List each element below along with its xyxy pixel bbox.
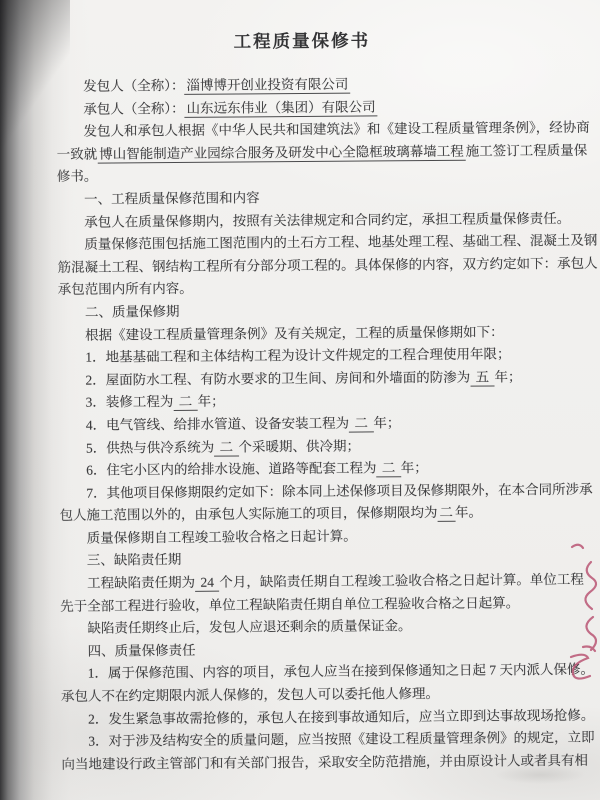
text-segment: 年； bbox=[494, 369, 521, 384]
text-segment: 质量保修范围包括施工图范围内的土石方工程、地基处理工程、基础工程、混凝土及钢 bbox=[84, 233, 597, 252]
underlined-fill-in: 24 bbox=[195, 575, 219, 592]
text-segment: 向当地建设行政主管部门和有关部门报告，采取安全防范措施，并由原设计人或者具有相 bbox=[61, 753, 588, 772]
document-body: 发包人（全称）：淄博博开创业投资有限公司承包人（全称）：山东远东伟业（集团）有限… bbox=[56, 72, 561, 776]
text-segment: 6．住宅小区内的给排水设施、道路等配套工程为 bbox=[86, 460, 376, 477]
text-segment: 承包人不在约定期限内派人保修的，发包人可以委托他人修理。 bbox=[61, 686, 439, 704]
underlined-fill-in: 二 bbox=[437, 505, 455, 522]
text-segment: 承包范围内所有内容。 bbox=[58, 281, 193, 297]
text-segment: 年； bbox=[401, 460, 428, 475]
text-segment: 根据《建设工程质量管理条例》及有关规定，工程的质量保修期如下： bbox=[85, 324, 504, 342]
text-segment: 3．对于涉及结构安全的质量问题，应当按照《建设工程质量管理条例》的规定，立即 bbox=[88, 730, 594, 749]
text-segment: 2．屋面防水工程、有防水要求的卫生间、房间和外墙面的防渗为 bbox=[85, 369, 470, 387]
text-segment: 1．地基基础工程和主体结构工程为设计文件规定的工程合理使用年限； bbox=[85, 346, 510, 364]
text-segment: 1．属于保修范围、内容的项目，承包人应当在接到保修通知之日起 7 天内派人保修。 bbox=[88, 662, 594, 681]
scanned-document: { "page": { "background_color": "#f2f1ef… bbox=[0, 0, 600, 800]
text-segment: 年。 bbox=[455, 505, 482, 520]
underlined-fill-in: 山东远东伟业（集团）有限公司 bbox=[185, 99, 378, 118]
underlined-fill-in: 二 bbox=[173, 394, 197, 411]
text-segment: 工程缺陷责任期为 bbox=[87, 575, 195, 591]
text-segment: 缺陷责任期终止后，发包人应退还剩余的质量保证金。 bbox=[87, 618, 411, 636]
text-segment: 施工签订工程质量保 bbox=[466, 143, 588, 159]
document-line: 2．屋面防水工程、有防水要求的卫生间、房间和外墙面的防渗为 五 年； bbox=[58, 366, 558, 393]
text-segment: 发包人和承包人根据《中华人民共和国建筑法》和《建设工程质量管理条例》，经协商 bbox=[83, 120, 589, 139]
text-segment: 5．供热与供冷系统为 bbox=[86, 439, 214, 455]
text-segment: 先于全部工程进行验收，单位工程缺陷责任期自单位工程验收合格之日起算。 bbox=[60, 595, 519, 614]
text-segment: 7．其他项目保修期限约定如下：除本同上述保修项目及保修期限外，在本合同所涉承 bbox=[86, 481, 592, 500]
document-line: 一致就博山智能制造产业园综合服务及研发中心全隐框玻璃幕墙工程施工签订工程质量保 bbox=[57, 140, 557, 167]
text-segment: 修书。 bbox=[57, 169, 98, 184]
underlined-fill-in: 淄博博开创业投资有限公司 bbox=[184, 77, 350, 95]
underlined-fill-in: 二 bbox=[349, 415, 373, 432]
text-segment: 个采暖期、供冷期； bbox=[238, 438, 360, 454]
text-segment: 年； bbox=[198, 394, 225, 409]
text-segment: 发包人（全称）： bbox=[83, 78, 184, 94]
document-line: 筋混凝土工程、钢结构工程所有分部分项工程的。具体保修的内容，双方约定如下：承包人 bbox=[57, 253, 557, 280]
underlined-fill-in: 五 bbox=[470, 369, 494, 386]
underlined-fill-in: 二 bbox=[214, 439, 238, 456]
text-segment: 承包人在质量保修期内，按照有关法律规定和合同约定，承担工程质量保修责任。 bbox=[84, 210, 570, 229]
text-segment: 四、质量保修责任 bbox=[88, 643, 196, 659]
text-segment: 三、缺陷责任期 bbox=[87, 552, 182, 568]
text-segment: 二、质量保修期 bbox=[85, 304, 180, 320]
text-segment: 包人施工范围以外的，由承包人实际施工的项目，保修期限均为 bbox=[59, 505, 437, 523]
document-line: 1．属于保修范围、内容的项目，承包人应当在接到保修通知之日起 7 天内派人保修。 bbox=[61, 659, 561, 686]
document-line: 向当地建设行政主管部门和有关部门报告，采取安全防范措施，并由原设计人或者具有相 bbox=[61, 750, 561, 777]
text-segment: 年； bbox=[373, 415, 400, 430]
underlined-fill-in: 二 bbox=[376, 460, 400, 477]
text-segment: 3．装修工程为 bbox=[86, 394, 174, 410]
text-segment: 质量保修期自工程竣工验收合格之日起计算。 bbox=[87, 528, 357, 545]
text-segment: 个月，缺陷责任期自工程竣工验收合格之日起计算。单位工程 bbox=[219, 572, 584, 590]
text-segment: 一致就 bbox=[57, 146, 98, 161]
underlined-fill-in: 博山智能制造产业园综合服务及研发中心全隐框玻璃幕墙工程 bbox=[97, 143, 466, 163]
text-segment: 4．电气管线、给排水管道、设备安装工程为 bbox=[86, 416, 349, 433]
document-line: 7．其他项目保修期限约定如下：除本同上述保修项目及保修期限外，在本合同所涉承 bbox=[59, 479, 559, 506]
text-segment: 承包人（全称）： bbox=[83, 100, 184, 116]
document-title: 工程质量保修书 bbox=[56, 26, 548, 55]
document-sheet: 工程质量保修书 发包人（全称）：淄博博开创业投资有限公司承包人（全称）：山东远东… bbox=[0, 0, 600, 800]
text-segment: 筋混凝土工程、钢结构工程所有分部分项工程的。具体保修的内容，双方约定如下：承包人 bbox=[58, 255, 598, 274]
text-segment: 2．发生紧急事故需抢修的，承包人在接到事故通知后，应当立即到达事故现场抢修。 bbox=[88, 707, 594, 726]
text-segment: 一、工程质量保修范围和内容 bbox=[84, 190, 260, 206]
document-line: 先于全部工程进行验收，单位工程缺陷责任期自单位工程验收合格之日起算。 bbox=[60, 592, 560, 619]
